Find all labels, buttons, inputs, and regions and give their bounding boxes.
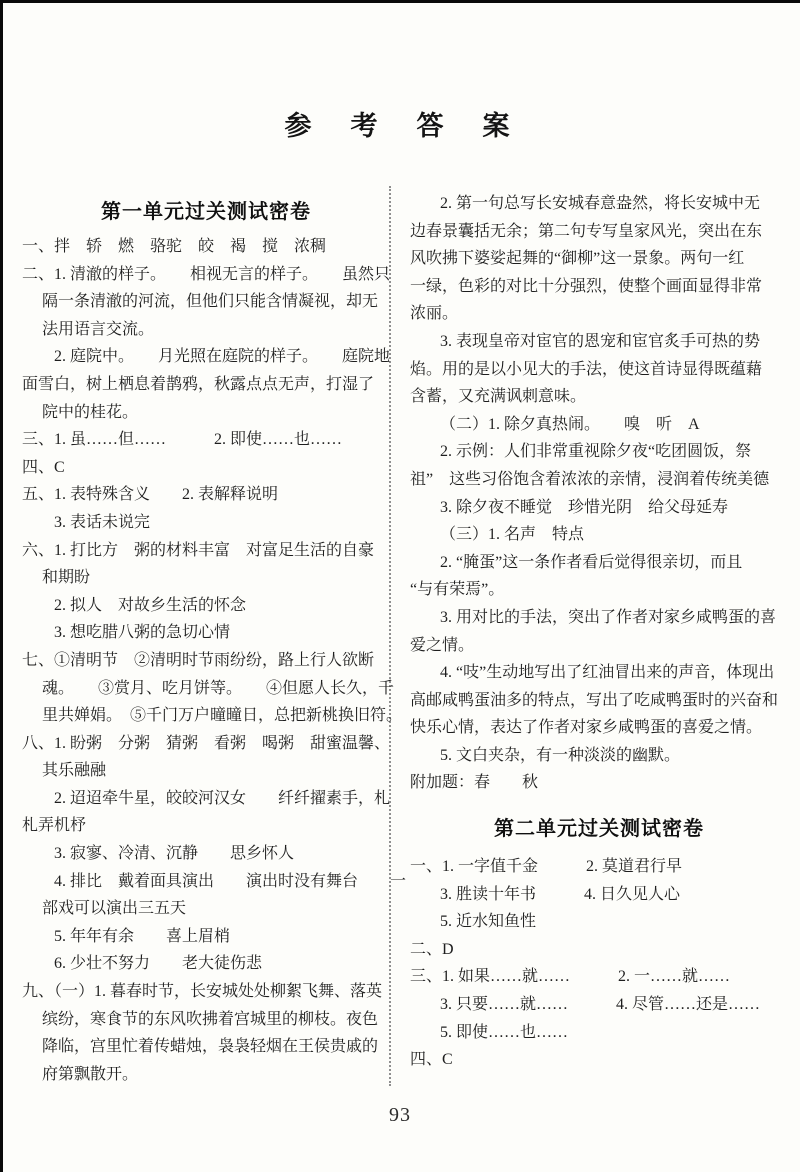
scan-edge-left	[0, 0, 3, 1172]
answer-line: 3. 胜读十年书 4. 日久见人心	[410, 881, 788, 909]
answer-line: 3. 表现皇帝对宦官的恩宠和宦官炙手可热的势	[410, 328, 788, 356]
answer-line: 降临，宫里忙着传蜡烛，袅袅轻烟在王侯贵戚的	[22, 1033, 390, 1061]
page-title: 参 考 答 案	[0, 104, 800, 143]
answer-line: 3. 除夕夜不睡觉 珍惜光阴 给父母延寿	[410, 494, 788, 522]
answer-line: 隔一条清澈的河流，但他们只能含情凝视，却无	[22, 288, 390, 316]
answer-line: 焰。用的是以小见大的手法，使这首诗显得既蕴藉	[410, 356, 788, 384]
answer-line: 四、C	[22, 454, 390, 482]
answer-line: 2. 示例：人们非常重视除夕夜“吃团圆饭，祭	[410, 438, 788, 466]
section-heading: 第二单元过关测试密卷	[410, 815, 788, 843]
answer-line: 面雪白，树上栖息着鹊鸦，秋露点点无声，打湿了	[22, 371, 390, 399]
answer-line: （二）1. 除夕真热闹。 嗅 听 A	[410, 411, 788, 439]
answer-line: 5. 年年有余 喜上眉梢	[22, 923, 390, 951]
answer-line: 5. 近水知鱼性	[410, 908, 788, 936]
scan-edge-top	[0, 0, 800, 3]
answer-line: 3. 想吃腊八粥的急切心情	[22, 619, 390, 647]
left-column: 第一单元过关测试密卷一、拌 轿 燃 骆驼 皎 褐 搅 浓稠二、1. 清澈的样子。…	[22, 198, 390, 1088]
answer-line: 附加题：春 秋	[410, 769, 788, 797]
answer-line: 二、D	[410, 936, 788, 964]
answer-line: 法用语言交流。	[22, 316, 390, 344]
answer-line: 二、1. 清澈的样子。 相视无言的样子。 虽然只	[22, 261, 390, 289]
scanned-answer-page: 参 考 答 案 第一单元过关测试密卷一、拌 轿 燃 骆驼 皎 褐 搅 浓稠二、1…	[0, 0, 800, 1172]
answer-line: 和期盼	[22, 564, 390, 592]
answer-line: 三、1. 如果……就…… 2. 一……就……	[410, 963, 788, 991]
answer-line: 札弄机杼	[22, 812, 390, 840]
answer-line: 5. 即使……也……	[410, 1019, 788, 1047]
answer-line: 府第飘散开。	[22, 1061, 390, 1089]
answer-line: 六、1. 打比方 粥的材料丰富 对富足生活的自豪	[22, 537, 390, 565]
answer-line: 九、（一）1. 暮春时节，长安城处处柳絮飞舞、落英	[22, 978, 390, 1006]
answer-line: 风吹拂下婆娑起舞的“御柳”这一景象。两句一红	[410, 245, 788, 273]
answer-line: 爱之情。	[410, 632, 788, 660]
answer-line: 里共婵娟。 ⑤千门万户曈曈日，总把新桃换旧符。	[22, 702, 390, 730]
answer-line: 含蓄，又充满讽刺意味。	[410, 383, 788, 411]
answer-line: 高邮咸鸭蛋油多的特点，写出了吃咸鸭蛋时的兴奋和	[410, 687, 788, 715]
answer-line: 2. 庭院中。 月光照在庭院的样子。 庭院地	[22, 343, 390, 371]
right-column: 2. 第一句总写长安城春意盎然，将长安城中无边春景囊括无余；第二句专写皇家风光，…	[410, 190, 788, 1074]
answer-line: 6. 少壮不努力 老大徒伤悲	[22, 950, 390, 978]
answer-line: 3. 寂寥、冷清、沉静 思乡怀人	[22, 840, 390, 868]
answer-line: 五、1. 表特殊含义 2. 表解释说明	[22, 481, 390, 509]
answer-line: 2. “腌蛋”这一条作者看后觉得很亲切，而且	[410, 549, 788, 577]
answer-line: 祖” 这些习俗饱含着浓浓的亲情，浸润着传统美德	[410, 466, 788, 494]
answer-line: 魂。 ③赏月、吃月饼等。 ④但愿人长久，千	[22, 675, 390, 703]
answer-line: 缤纷，寒食节的东风吹拂着宫城里的柳枝。夜色	[22, 1006, 390, 1034]
answer-line: 4. “吱”生动地写出了红油冒出来的声音，体现出	[410, 659, 788, 687]
answer-line: 四、C	[410, 1046, 788, 1074]
answer-line: 一绿，色彩的对比十分强烈，使整个画面显得非常	[410, 273, 788, 301]
answer-line: 3. 表话未说完	[22, 509, 390, 537]
answer-line: 2. 拟人 对故乡生活的怀念	[22, 592, 390, 620]
answer-line: 三、1. 虽……但…… 2. 即使……也……	[22, 426, 390, 454]
answer-line: 部戏可以演出三五天	[22, 895, 390, 923]
answer-line: 2. 第一句总写长安城春意盎然，将长安城中无	[410, 190, 788, 218]
answer-line: 浓丽。	[410, 300, 788, 328]
page-number: 93	[0, 1104, 800, 1127]
answer-line: 3. 用对比的手法，突出了作者对家乡咸鸭蛋的喜	[410, 604, 788, 632]
answer-line: 3. 只要……就…… 4. 尽管……还是……	[410, 991, 788, 1019]
section-heading: 第一单元过关测试密卷	[22, 198, 390, 226]
answer-line: 4. 排比 戴着面具演出 演出时没有舞台 一	[22, 868, 390, 896]
answer-line: 一、1. 一字值千金 2. 莫道君行早	[410, 853, 788, 881]
answer-line: 八、1. 盼粥 分粥 猜粥 看粥 喝粥 甜蜜温馨、	[22, 730, 390, 758]
answer-line: 2. 迢迢牵牛星，皎皎河汉女 纤纤擢素手，札	[22, 785, 390, 813]
answer-line: “与有荣焉”。	[410, 576, 788, 604]
answer-line: 院中的桂花。	[22, 399, 390, 427]
answer-line: 5. 文白夹杂，有一种淡淡的幽默。	[410, 742, 788, 770]
answer-line: （三）1. 名声 特点	[410, 521, 788, 549]
answer-line: 快乐心情，表达了作者对家乡咸鸭蛋的喜爱之情。	[410, 714, 788, 742]
answer-line: 七、①清明节 ②清明时节雨纷纷，路上行人欲断	[22, 647, 390, 675]
answer-line: 一、拌 轿 燃 骆驼 皎 褐 搅 浓稠	[22, 233, 390, 261]
answer-line: 其乐融融	[22, 757, 390, 785]
answer-line: 边春景囊括无余；第二句专写皇家风光，突出在东	[410, 218, 788, 246]
